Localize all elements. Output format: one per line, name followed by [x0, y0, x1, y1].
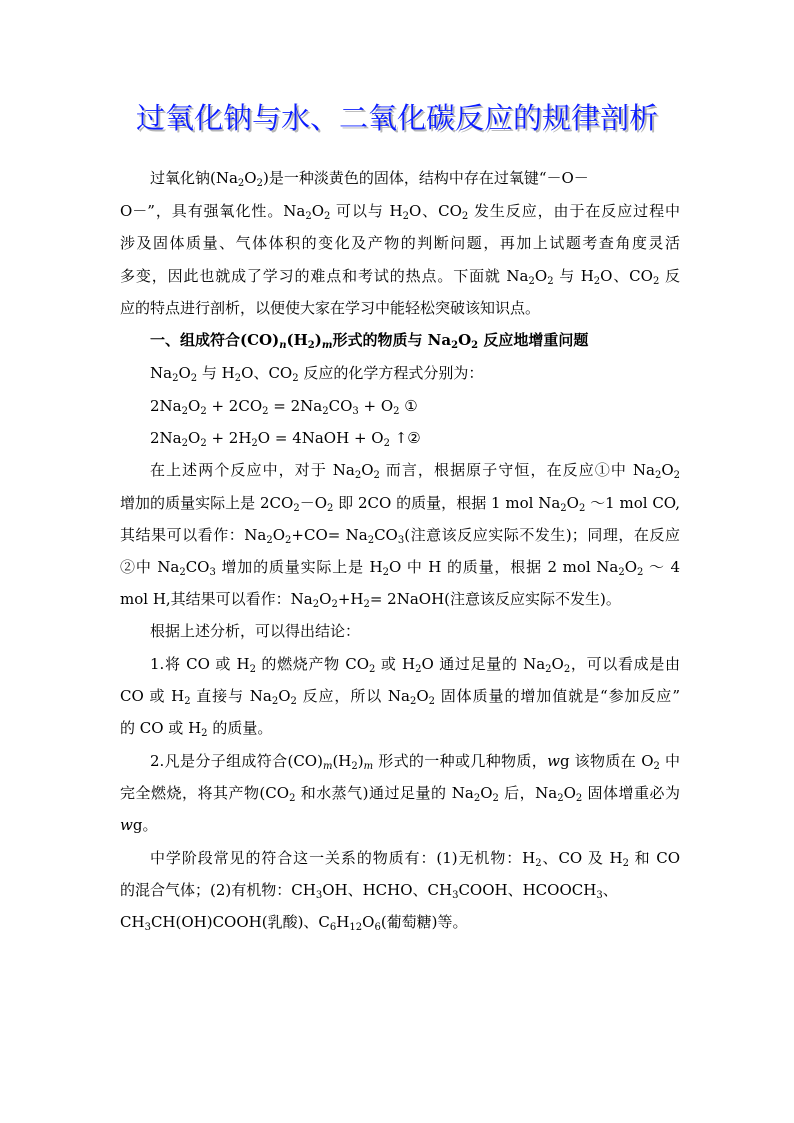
conclusion-2-line-1: 2.凡是分子组成符合(CO)m(H2)m 形式的一种或几种物质，wg 该物质在 … [150, 751, 680, 771]
equation-2: 2Na2O2 + 2H2O = 4NaOH + O2 ↑② [150, 428, 680, 448]
equations-intro: Na2O2 与 H2O、CO2 反应的化学方程式分别为： [150, 363, 680, 383]
analysis-line-2: 增加的质量实际上是 2CO2－O2 即 2CO 的质量，根据 1 mol Na2… [120, 493, 680, 513]
conclusion-intro: 根据上述分析，可以得出结论： [150, 621, 680, 641]
conclusion-1-line-3: 的 CO 或 H2 的质量。 [120, 718, 680, 738]
conclusion-1-line-1: 1.将 CO 或 H2 的燃烧产物 CO2 或 H2O 通过足量的 Na2O2，… [150, 654, 680, 674]
section-heading: 一、组成符合(CO)n(H2)m形式的物质与 Na2O2 反应地增重问题 [150, 330, 680, 350]
document-page: 过氧化钠与水、二氧化碳反应的规律剖析 过氧化钠(Na2O2)是一种淡黄色的固体，… [0, 0, 794, 1123]
document-title: 过氧化钠与水、二氧化碳反应的规律剖析 [0, 96, 794, 137]
reaction-marker-1: ① [400, 397, 418, 415]
conclusion-2-line-3: wg。 [120, 815, 680, 835]
analysis-line-3: 其结果可以看作：Na2O2+CO= Na2CO3(注意该反应实际不发生)；同理，… [120, 525, 680, 545]
intro-line-1: 过氧化钠(Na2O2)是一种淡黄色的固体，结构中存在过氧键“－O－ [150, 168, 680, 188]
analysis-line-1: 在上述两个反应中，对于 Na2O2 而言，根据原子守恒，在反应①中 Na2O2 [150, 460, 680, 480]
intro-line-4: 多变，因此也就成了学习的难点和考试的热点。下面就 Na2O2 与 H2O、CO2… [120, 266, 680, 286]
gas-arrow-marker-2: ↑② [390, 429, 421, 447]
intro-line-5: 应的特点进行剖析，以便使大家在学习中能轻松突破该知识点。 [120, 298, 680, 318]
examples-line-3: CH3CH(OH)COOH(乳酸)、C6H12O6(葡萄糖)等。 [120, 912, 680, 932]
analysis-line-4: ②中 Na2CO3 增加的质量实际上是 H2O 中 H 的质量，根据 2 mol… [120, 557, 680, 577]
equation-1: 2Na2O2 + 2CO2 = 2Na2CO3 + O2 ① [150, 396, 680, 416]
intro-line-2: O－”，具有强氧化性。Na2O2 可以与 H2O、CO2 发生反应，由于在反应过… [120, 201, 680, 221]
intro-line-3: 涉及固体质量、气体体积的变化及产物的判断问题，再加上试题考查角度灵活 [120, 233, 680, 253]
conclusion-1-line-2: CO 或 H2 直接与 Na2O2 反应，所以 Na2O2 固体质量的增加值就是… [120, 686, 680, 706]
analysis-line-5: mol H,其结果可以看作：Na2O2+H2= 2NaOH(注意该反应实际不发生… [120, 589, 680, 609]
conclusion-2-line-2: 完全燃烧，将其产物(CO2 和水蒸气)通过足量的 Na2O2 后，Na2O2 固… [120, 783, 680, 803]
examples-line-1: 中学阶段常见的符合这一关系的物质有：(1)无机物：H2、CO 及 H2 和 CO [150, 848, 680, 868]
examples-line-2: 的混合气体；(2)有机物：CH3OH、HCHO、CH3COOH、HCOOCH3、 [120, 880, 680, 900]
